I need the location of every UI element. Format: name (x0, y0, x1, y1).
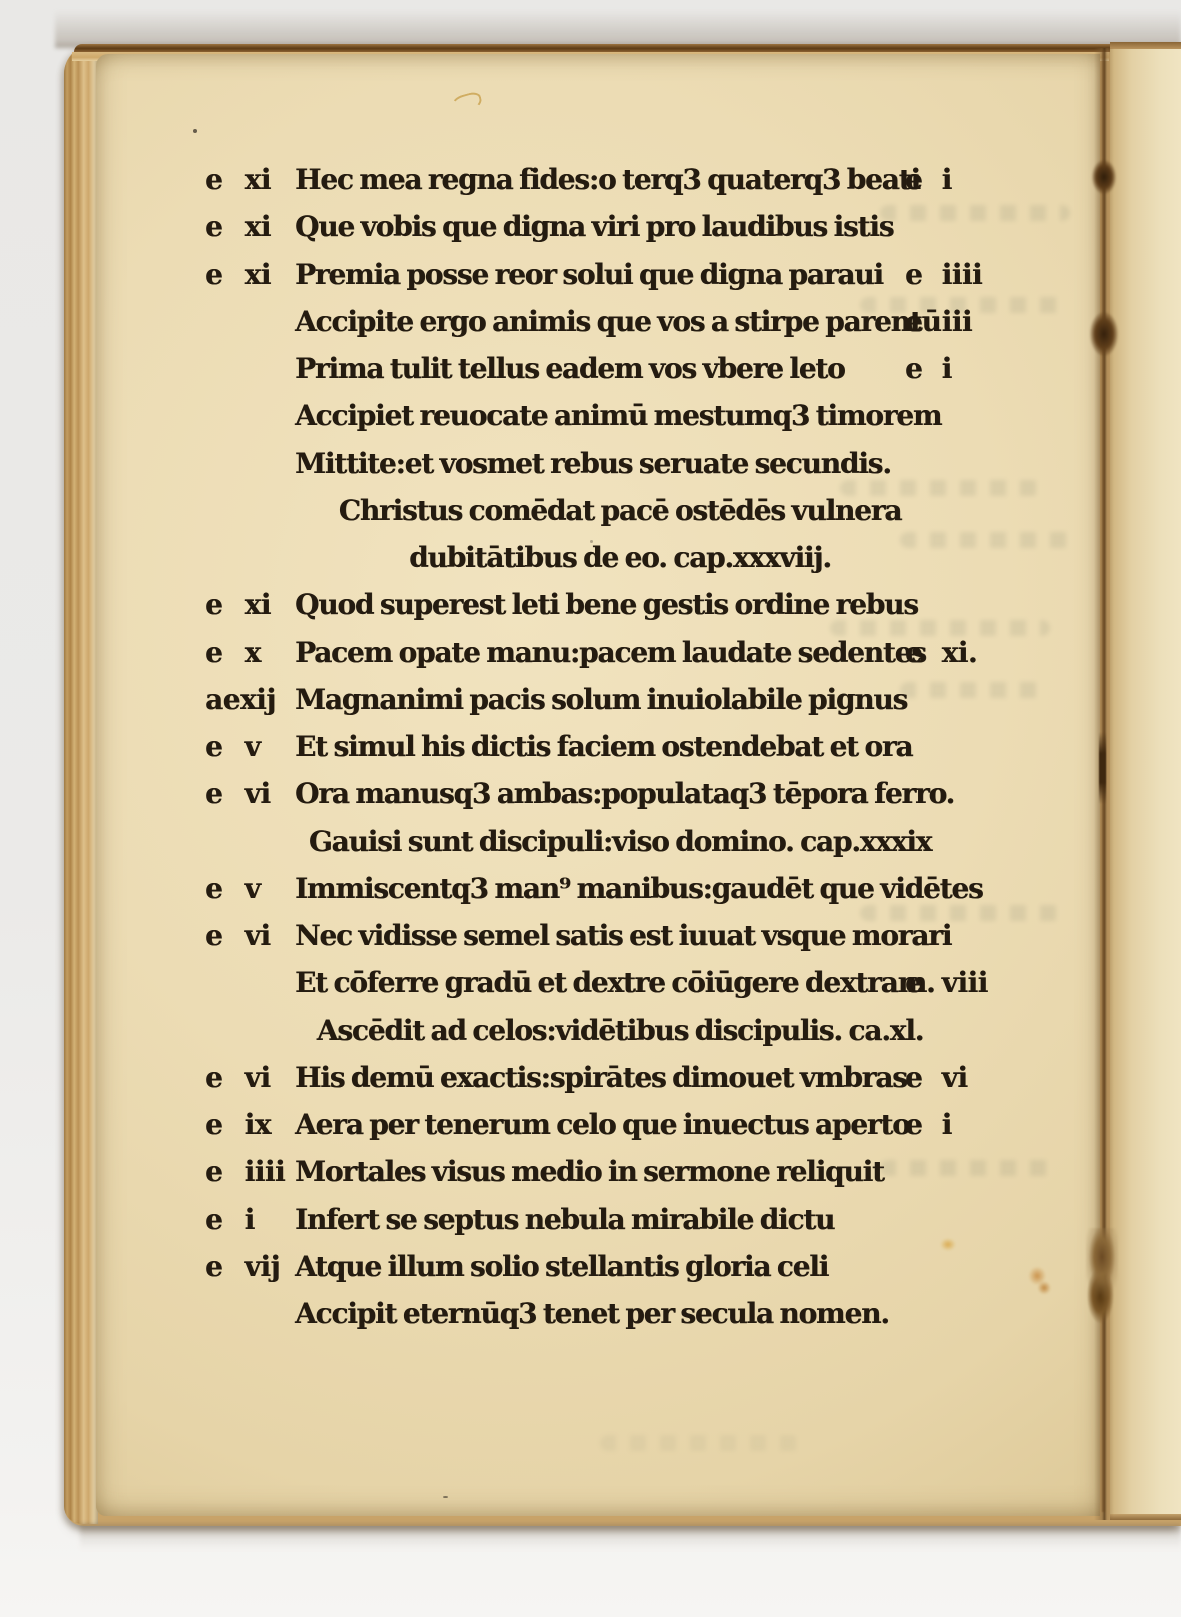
verse-text: His demū exactis:spirātes dimouet vmbras (295, 1056, 915, 1100)
left-margin-reference: e iiii (205, 1150, 297, 1194)
heading-text: Gauisi sunt discipuli:viso domino. cap.x… (295, 820, 945, 864)
verse-line: Accipite ergo animis que vos a stirpe pa… (205, 300, 1005, 344)
verse-text: Pacem opate manu:pacem laudate sedentes (295, 631, 915, 675)
left-margin-reference: e v (205, 867, 297, 911)
left-margin-reference: e vi (205, 1056, 297, 1100)
verse-line: Prima tulit tellus eadem vos vbere letoe… (205, 347, 1005, 391)
verse-text: Hec mea regna fides:o terq3 quaterq3 bea… (295, 158, 915, 202)
verse-line: e vijAtque illum solio stellantis gloria… (205, 1245, 1005, 1289)
verse-line: e iInfert se septus nebula mirabile dict… (205, 1198, 1005, 1242)
right-margin-reference: e vi (905, 1056, 1005, 1100)
right-margin-reference: e i (905, 1103, 1005, 1147)
verse-line: e xiPremia posse reor solui que digna pa… (205, 253, 1005, 297)
left-margin-reference: e i (205, 1198, 297, 1242)
verse-line: Accipit eternūq3 tenet per secula nomen. (205, 1292, 1005, 1336)
verse-text: Accipiet reuocate animū mestumq3 timorem (295, 394, 915, 438)
verse-text: Prima tulit tellus eadem vos vbere leto (295, 347, 915, 391)
text-block: e xiHec mea regna fides:o terq3 quaterq3… (0, 0, 1181, 1617)
verse-text: Accipite ergo animis que vos a stirpe pa… (295, 300, 915, 344)
chapter-heading-line: Ascēdit ad celos:vidētibus discipulis. c… (205, 1009, 1005, 1053)
left-margin-reference: e xi (205, 158, 297, 202)
verse-text: Aera per tenerum celo que inuectus apert… (295, 1103, 915, 1147)
verse-text: Nec vidisse semel satis est iuuat vsque … (295, 914, 915, 958)
verse-text: Infert se septus nebula mirabile dictu (295, 1198, 915, 1242)
right-margin-reference: e viii (905, 961, 1005, 1005)
left-margin-reference: e xi (205, 205, 297, 249)
chapter-heading-line: Christus comēdat pacē ostēdēs vulnera (205, 489, 1005, 533)
verse-text: Atque illum solio stellantis gloria celi (295, 1245, 915, 1289)
right-margin-reference: e iiii (905, 253, 1005, 297)
right-margin-reference: e i (905, 347, 1005, 391)
verse-text: Mittite:et vosmet rebus seruate secundis… (295, 442, 915, 486)
verse-line: aexijMagnanimi pacis solum inuiolabile p… (205, 678, 1005, 722)
left-margin-reference: e xi (205, 253, 297, 297)
verse-text: Quod superest leti bene gestis ordine re… (295, 583, 915, 627)
verse-text: Ora manusq3 ambas:populataq3 tēpora ferr… (295, 772, 915, 816)
scanned-book-photo: e xiHec mea regna fides:o terq3 quaterq3… (0, 0, 1181, 1617)
verse-text: Immiscentq3 man⁹ manibus:gaudēt que vidē… (295, 867, 915, 911)
left-margin-reference: e vi (205, 914, 297, 958)
verse-line: e iiiiMortales visus medio in sermone re… (205, 1150, 1005, 1194)
left-margin-reference: e x (205, 631, 297, 675)
chapter-heading-line: dubitātibus de eo. cap.xxxviij. (205, 536, 1005, 580)
verse-line: Accipiet reuocate animū mestumq3 timorem (205, 394, 1005, 438)
verse-line: e vImmiscentq3 man⁹ manibus:gaudēt que v… (205, 867, 1005, 911)
verse-line: e viNec vidisse semel satis est iuuat vs… (205, 914, 1005, 958)
verse-line: e ixAera per tenerum celo que inuectus a… (205, 1103, 1005, 1147)
right-margin-reference: e iii (905, 300, 1005, 344)
left-margin-reference: aexij (205, 678, 297, 722)
verse-text: Magnanimi pacis solum inuiolabile pignus (295, 678, 915, 722)
verse-line: e xPacem opate manu:pacem laudate sedent… (205, 631, 1005, 675)
verse-text: Premia posse reor solui que digna paraui (295, 253, 915, 297)
right-margin-reference: e i (905, 158, 1005, 202)
verse-text: Et cōferre gradū et dextre cōiūgere dext… (295, 961, 915, 1005)
left-margin-reference: e vi (205, 772, 297, 816)
verse-text: Accipit eternūq3 tenet per secula nomen. (295, 1292, 915, 1336)
left-margin-reference: e xi (205, 583, 297, 627)
verse-line: e vEt simul his dictis faciem ostendebat… (205, 725, 1005, 769)
verse-line: e viHis demū exactis:spirātes dimouet vm… (205, 1056, 1005, 1100)
chapter-heading-line: Gauisi sunt discipuli:viso domino. cap.x… (205, 820, 1005, 864)
right-margin-reference: e xi. (905, 631, 1005, 675)
verse-line: Mittite:et vosmet rebus seruate secundis… (205, 442, 1005, 486)
heading-text: dubitātibus de eo. cap.xxxviij. (295, 536, 945, 580)
verse-text: Mortales visus medio in sermone reliquit (295, 1150, 915, 1194)
heading-text: Ascēdit ad celos:vidētibus discipulis. c… (295, 1009, 945, 1053)
verse-line: e xiQuod superest leti bene gestis ordin… (205, 583, 1005, 627)
verse-text: Et simul his dictis faciem ostendebat et… (295, 725, 915, 769)
verse-line: e xiHec mea regna fides:o terq3 quaterq3… (205, 158, 1005, 202)
left-margin-reference: e v (205, 725, 297, 769)
left-margin-reference: e ix (205, 1103, 297, 1147)
verse-line: e xiQue vobis que digna viri pro laudibu… (205, 205, 1005, 249)
left-margin-reference: e vij (205, 1245, 297, 1289)
verse-line: Et cōferre gradū et dextre cōiūgere dext… (205, 961, 1005, 1005)
verse-text: Que vobis que digna viri pro laudibus is… (295, 205, 915, 249)
heading-text: Christus comēdat pacē ostēdēs vulnera (295, 489, 945, 533)
verse-line: e viOra manusq3 ambas:populataq3 tēpora … (205, 772, 1005, 816)
